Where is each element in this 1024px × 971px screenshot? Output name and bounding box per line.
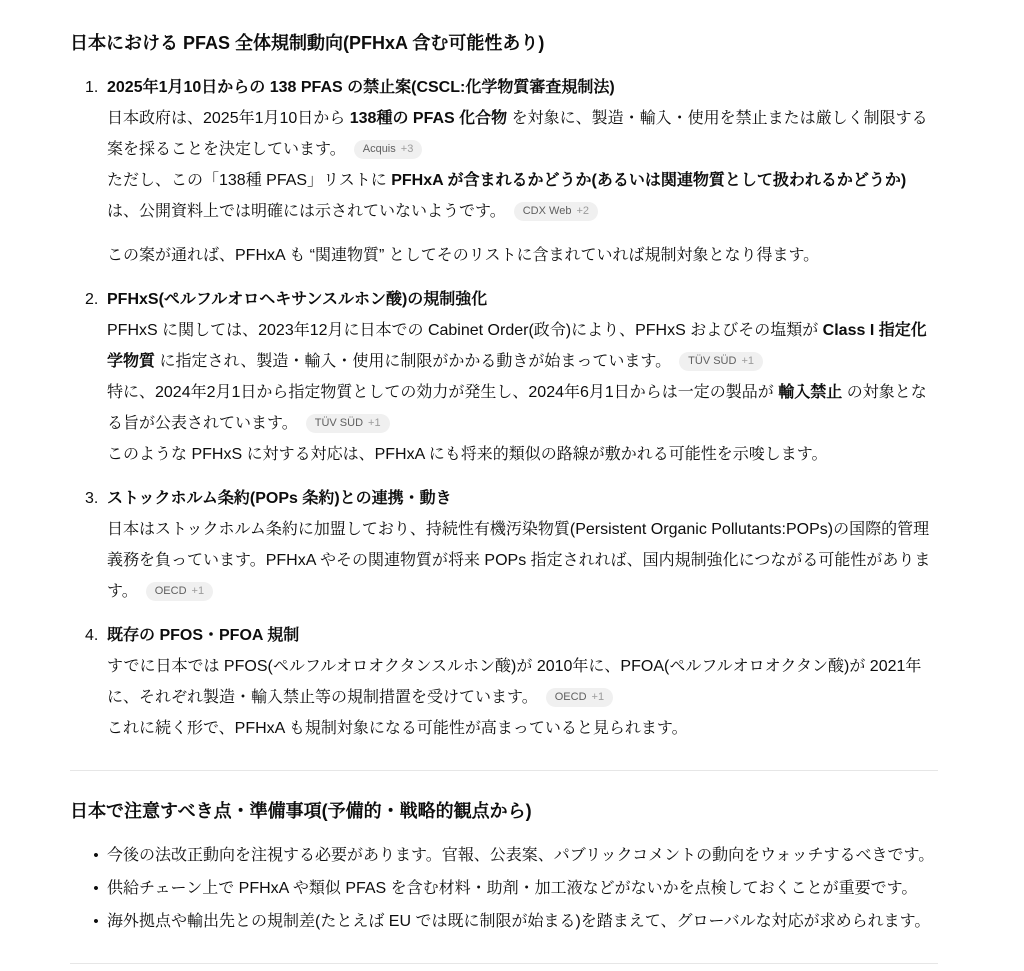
body-text: このような PFHxS に対する対応は、PFHxA にも将来的類似の路線が敷かれ… — [107, 446, 828, 463]
preparation-bullet-list: •今後の法改正動向を注視する必要があります。官報、公表案、パブリックコメントの動… — [70, 840, 938, 937]
paragraph: ただし、この「138種 PFAS」リストに PFHxA が含まれるかどうか(ある… — [107, 165, 938, 227]
paragraph: 日本政府は、2025年1月10日から 138種の PFAS 化合物 を対象に、製… — [107, 103, 938, 165]
citation-source-label: OECD — [155, 585, 187, 597]
body-text: 日本政府は、2025年1月10日から — [107, 110, 350, 127]
section-title-pfas-trends: 日本における PFAS 全体規制動向(PFHxA 含む可能性あり) — [70, 30, 938, 56]
citation-count-label: +1 — [368, 417, 381, 429]
list-number: 1. — [85, 72, 107, 271]
body-text: 海外拠点や輸出先との規制差(たとえば EU では既に制限が始まる)を踏まえて、グ… — [107, 913, 930, 930]
citation-badge[interactable]: TÜV SÜD+1 — [306, 414, 390, 433]
list-item-body: PFHxS(ペルフルオロヘキサンスルホン酸)の規制強化PFHxS に関しては、2… — [107, 284, 938, 470]
list-item-body: 海外拠点や輸出先との規制差(たとえば EU では既に制限が始まる)を踏まえて、グ… — [107, 906, 938, 937]
list-item: 4.既存の PFOS・PFOA 規制すでに日本では PFOS(ペルフルオロオクタ… — [70, 620, 938, 744]
section-title-preparation: 日本で注意すべき点・準備事項(予備的・戦略的観点から) — [70, 798, 938, 824]
list-item-body: 供給チェーン上で PFHxA や類似 PFAS を含む材料・助剤・加工液などがな… — [107, 873, 938, 904]
citation-source-label: TÜV SÜD — [688, 355, 736, 367]
paragraph: 供給チェーン上で PFHxA や類似 PFAS を含む材料・助剤・加工液などがな… — [107, 873, 938, 904]
list-item: •供給チェーン上で PFHxA や類似 PFAS を含む材料・助剤・加工液などが… — [70, 873, 938, 904]
list-item-body: 今後の法改正動向を注視する必要があります。官報、公表案、パブリックコメントの動向… — [107, 840, 938, 871]
list-number: 4. — [85, 620, 107, 744]
citation-badge[interactable]: Acquis+3 — [354, 140, 423, 159]
paragraph: 海外拠点や輸出先との規制差(たとえば EU では既に制限が始まる)を踏まえて、グ… — [107, 906, 938, 937]
section-divider — [70, 770, 938, 771]
list-number: 2. — [85, 284, 107, 470]
regulation-ordered-list: 1.2025年1月10日からの 138 PFAS の禁止案(CSCL:化学物質審… — [70, 72, 938, 744]
paragraph: このような PFHxS に対する対応は、PFHxA にも将来的類似の路線が敷かれ… — [107, 439, 938, 470]
bullet-icon: • — [85, 906, 107, 937]
list-item-title: 2025年1月10日からの 138 PFAS の禁止案(CSCL:化学物質審査規… — [107, 72, 938, 103]
list-item: 2.PFHxS(ペルフルオロヘキサンスルホン酸)の規制強化PFHxS に関しては… — [70, 284, 938, 470]
body-text: すでに日本では PFOS(ペルフルオロオクタンスルホン酸)が 2010年に、PF… — [107, 658, 921, 706]
emphasis-text: 輸入禁止 — [778, 384, 842, 401]
body-text: 供給チェーン上で PFHxA や類似 PFAS を含む材料・助剤・加工液などがな… — [107, 880, 917, 897]
citation-source-label: TÜV SÜD — [315, 417, 363, 429]
paragraph: これに続く形で、PFHxA も規制対象になる可能性が高まっていると見られます。 — [107, 713, 938, 744]
list-item-title: ストックホルム条約(POPs 条約)との連携・動き — [107, 483, 938, 514]
citation-badge[interactable]: OECD+1 — [546, 688, 613, 707]
body-text: 今後の法改正動向を注視する必要があります。官報、公表案、パブリックコメントの動向… — [107, 847, 934, 864]
paragraph: 特に、2024年2月1日から指定物質としての効力が発生し、2024年6月1日から… — [107, 377, 938, 439]
bullet-icon: • — [85, 840, 107, 871]
list-number: 3. — [85, 483, 107, 607]
body-text: に指定され、製造・輸入・使用に制限がかかる動きが始まっています。 — [155, 353, 671, 370]
citation-count-label: +1 — [592, 691, 605, 703]
body-text: これに続く形で、PFHxA も規制対象になる可能性が高まっていると見られます。 — [107, 720, 688, 737]
citation-count-label: +1 — [741, 355, 754, 367]
emphasis-text: 138種の PFAS 化合物 — [350, 110, 507, 127]
bullet-icon: • — [85, 873, 107, 904]
list-item: •海外拠点や輸出先との規制差(たとえば EU では既に制限が始まる)を踏まえて、… — [70, 906, 938, 937]
section-divider — [70, 963, 938, 964]
citation-source-label: OECD — [555, 691, 587, 703]
body-text: この案が通れば、PFHxA も “関連物質” としてそのリストに含まれていれば規… — [107, 247, 819, 264]
list-item-body: ストックホルム条約(POPs 条約)との連携・動き日本はストックホルム条約に加盟… — [107, 483, 938, 607]
paragraph: PFHxS に関しては、2023年12月に日本での Cabinet Order(… — [107, 315, 938, 377]
body-text: 特に、2024年2月1日から指定物質としての効力が発生し、2024年6月1日から… — [107, 384, 778, 401]
list-item-title: PFHxS(ペルフルオロヘキサンスルホン酸)の規制強化 — [107, 284, 938, 315]
citation-count-label: +3 — [401, 143, 414, 155]
list-item: •今後の法改正動向を注視する必要があります。官報、公表案、パブリックコメントの動… — [70, 840, 938, 871]
list-item: 1.2025年1月10日からの 138 PFAS の禁止案(CSCL:化学物質審… — [70, 72, 938, 271]
paragraph: 今後の法改正動向を注視する必要があります。官報、公表案、パブリックコメントの動向… — [107, 840, 938, 871]
chat-response: 日本における PFAS 全体規制動向(PFHxA 含む可能性あり)1.2025年… — [70, 0, 938, 964]
paragraph: すでに日本では PFOS(ペルフルオロオクタンスルホン酸)が 2010年に、PF… — [107, 651, 938, 713]
body-text: は、公開資料上では明確には示されていないようです。 — [107, 203, 506, 220]
list-item-body: 2025年1月10日からの 138 PFAS の禁止案(CSCL:化学物質審査規… — [107, 72, 938, 271]
citation-source-label: Acquis — [363, 143, 396, 155]
paragraph: 日本はストックホルム条約に加盟しており、持続性有機汚染物質(Persistent… — [107, 514, 938, 607]
body-text: ただし、この「138種 PFAS」リストに — [107, 172, 391, 189]
list-item-title: 既存の PFOS・PFOA 規制 — [107, 620, 938, 651]
citation-source-label: CDX Web — [523, 205, 572, 217]
citation-count-label: +2 — [576, 205, 589, 217]
paragraph: この案が通れば、PFHxA も “関連物質” としてそのリストに含まれていれば規… — [107, 240, 938, 271]
citation-badge[interactable]: TÜV SÜD+1 — [679, 352, 763, 371]
citation-badge[interactable]: CDX Web+2 — [514, 202, 598, 221]
body-text: PFHxS に関しては、2023年12月に日本での Cabinet Order(… — [107, 322, 823, 339]
citation-count-label: +1 — [192, 585, 205, 597]
citation-badge[interactable]: OECD+1 — [146, 582, 213, 601]
body-text: 日本はストックホルム条約に加盟しており、持続性有機汚染物質(Persistent… — [107, 521, 930, 600]
list-item: 3.ストックホルム条約(POPs 条約)との連携・動き日本はストックホルム条約に… — [70, 483, 938, 607]
emphasis-text: PFHxA が含まれるかどうか(あるいは関連物質として扱われるかどうか) — [391, 172, 906, 189]
list-item-body: 既存の PFOS・PFOA 規制すでに日本では PFOS(ペルフルオロオクタンス… — [107, 620, 938, 744]
